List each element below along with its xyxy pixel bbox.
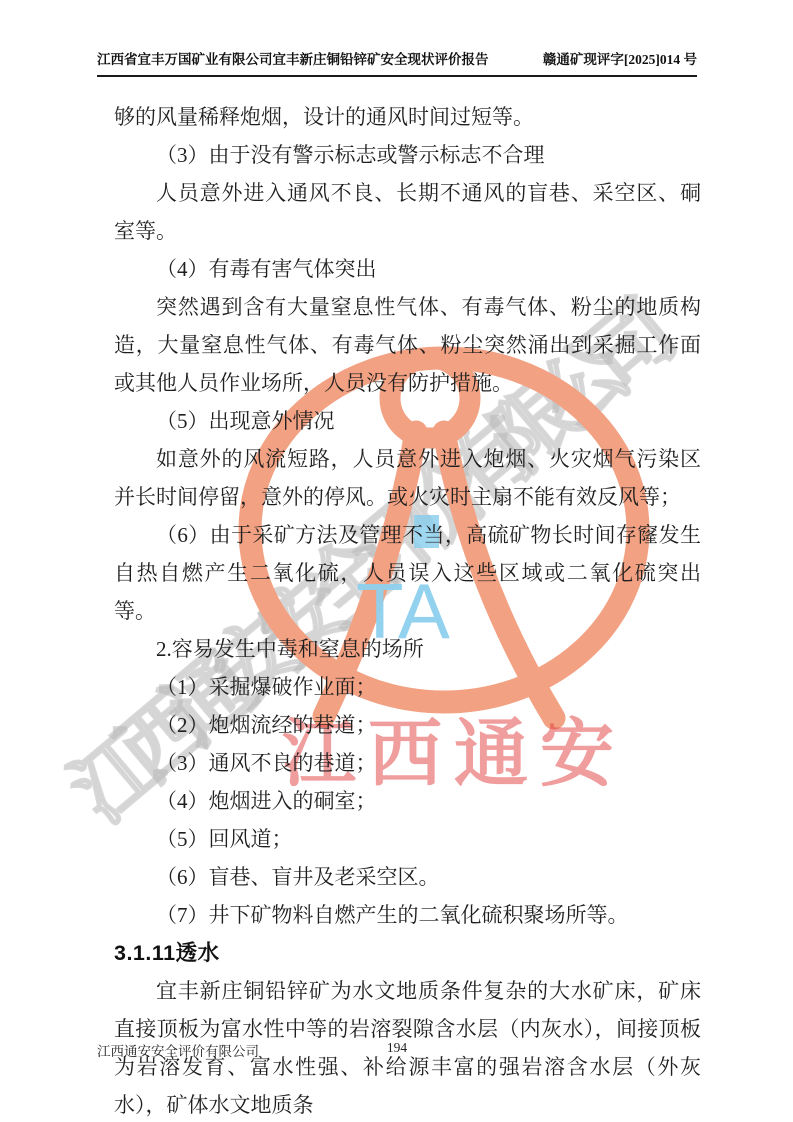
page-header: 江西省宜丰万国矿业有限公司宜丰新庄铜铅锌矿安全现状评价报告 赣通矿现评字[202… [97, 48, 697, 77]
paragraph: （5）出现意外情况 [114, 402, 701, 440]
header-doc-number: 赣通矿现评字[2025]014 号 [543, 48, 697, 68]
paragraph: （3）通风不良的巷道； [114, 744, 701, 782]
paragraph: （4）炮烟进入的硐室； [114, 782, 701, 820]
section-heading: 3.1.11透水 [114, 934, 701, 972]
paragraph: （1）采掘爆破作业面； [114, 668, 701, 706]
paragraph: （3）由于没有警示标志或警示标志不合理 [114, 136, 701, 174]
paragraph: （2）炮烟流经的巷道； [114, 706, 701, 744]
header-report-title: 江西省宜丰万国矿业有限公司宜丰新庄铜铅锌矿安全现状评价报告 [97, 48, 489, 68]
paragraph: 突然遇到含有大量窒息性气体、有毒气体、粉尘的地质构造，大量窒息性气体、有毒气体、… [114, 288, 701, 402]
page-number: 194 [387, 1040, 407, 1056]
footer-company: 江西通安安全评价有限公司 [97, 1044, 259, 1059]
document-body: 够的风量稀释炮烟，设计的通风时间过短等。 （3）由于没有警示标志或警示标志不合理… [114, 98, 701, 1122]
paragraph: 2.容易发生中毒和窒息的场所 [114, 630, 701, 668]
paragraph: （6）由于采矿方法及管理不当，高硫矿物长时间存窿发生自热自燃产生二氧化硫，人员误… [114, 516, 701, 630]
paragraph: 人员意外进入通风不良、长期不通风的盲巷、采空区、硐室等。 [114, 174, 701, 250]
page-footer: 江西通安安全评价有限公司 194 [97, 1040, 697, 1060]
paragraph: （5）回风道； [114, 820, 701, 858]
paragraph: （4）有毒有害气体突出 [114, 250, 701, 288]
paragraph: （6）盲巷、盲井及老采空区。 [114, 858, 701, 896]
report-page: 江西通安安全评价有限公司 TA 江西通安 江西省宜丰万国矿业有限公司宜丰新庄铜铅… [0, 0, 793, 1122]
paragraph: 够的风量稀释炮烟，设计的通风时间过短等。 [114, 98, 701, 136]
paragraph: 如意外的风流短路，人员意外进入炮烟、火灾烟气污染区并长时间停留，意外的停风。或火… [114, 440, 701, 516]
paragraph: （7）井下矿物料自燃产生的二氧化硫积聚场所等。 [114, 896, 701, 934]
